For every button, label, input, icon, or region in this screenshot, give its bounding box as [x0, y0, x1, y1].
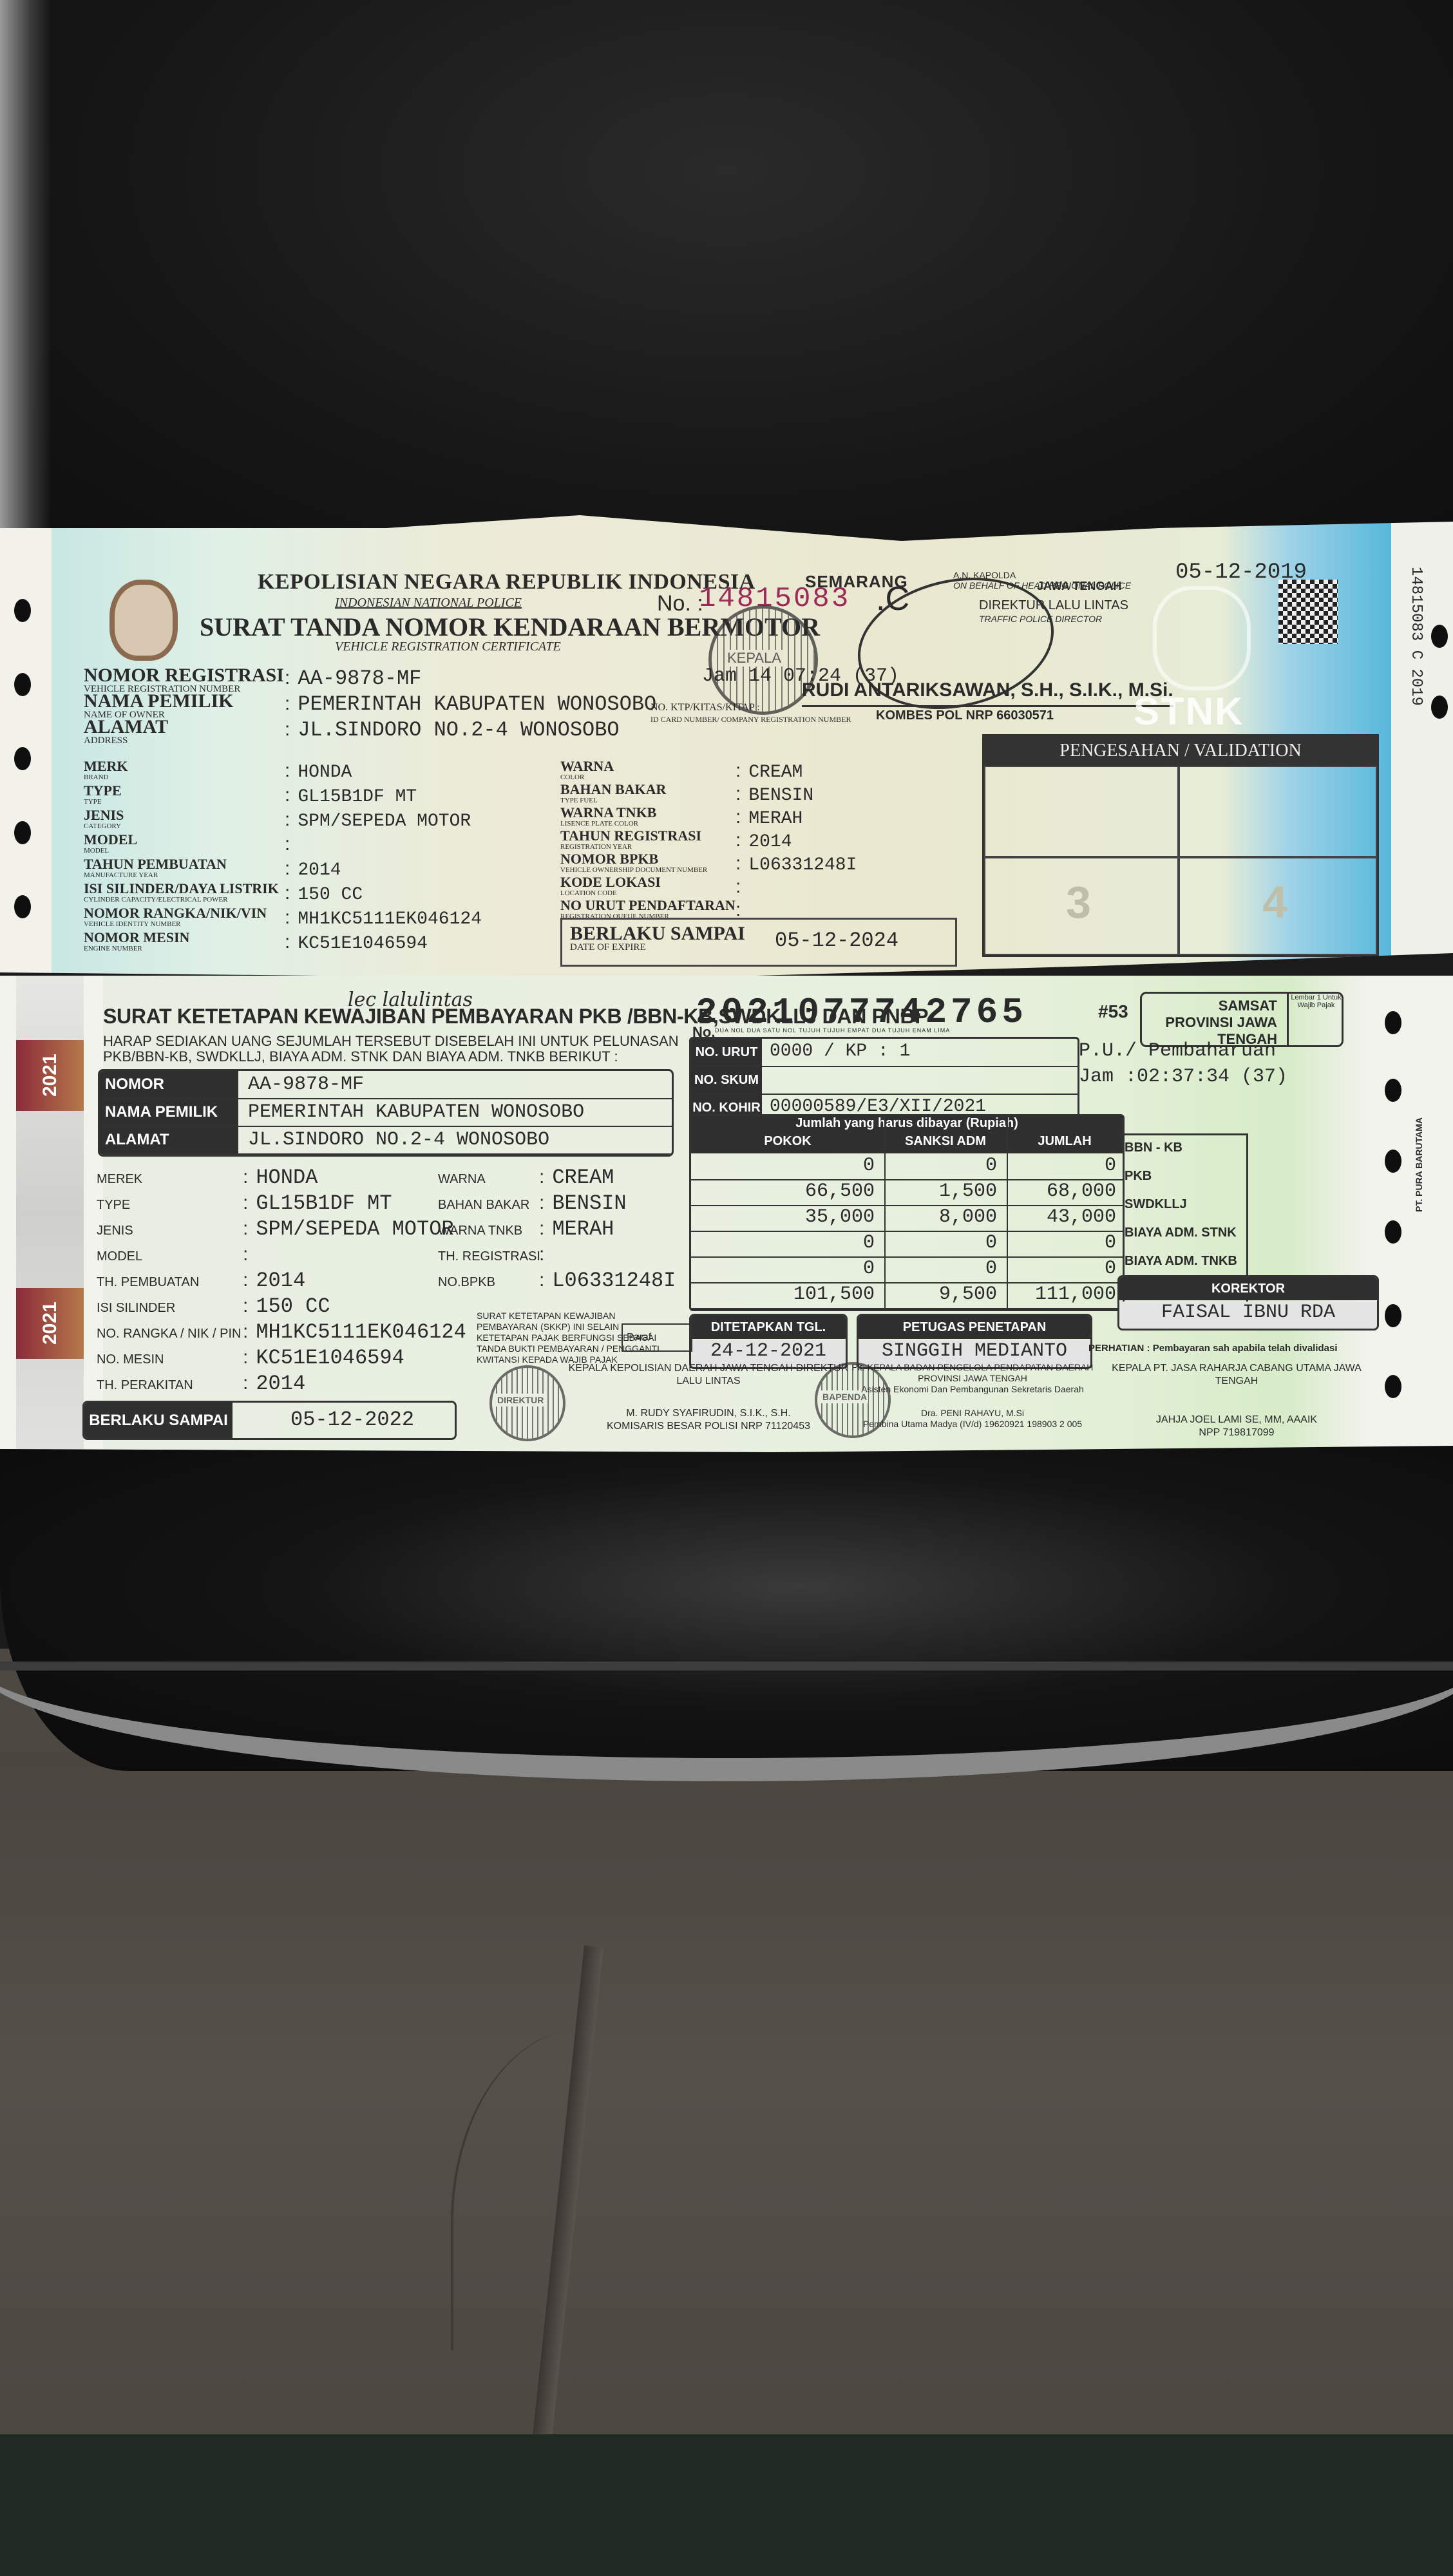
payment-item: BBN - KB: [1125, 1141, 1182, 1155]
watermark-emblem-icon: [1153, 586, 1251, 690]
stnk-vehicle-field: MERKBRAND:HONDA: [84, 760, 352, 782]
stnk-vehicle-field: WARNA TNKBLISENCE PLATE COLOR:MERAH: [560, 806, 802, 829]
perforation-hole: [1385, 1150, 1401, 1173]
copy-label: Lembar 1 Untuk Wajib Pajak: [1287, 994, 1344, 1045]
stnk-agency-en: INDONESIAN NATIONAL POLICE: [335, 596, 522, 611]
stnk-vehicle-field: NOMOR BPKBVEHICLE OWNERSHIP DOCUMENT NUM…: [560, 853, 857, 875]
perforation-hole: [14, 599, 31, 622]
validation-cell-4: 4: [1177, 856, 1377, 955]
validation-title: PENGESAHAN / VALIDATION: [984, 736, 1377, 766]
stnk-field: NOMOR REGISTRASIVEHICLE REGISTRATION NUM…: [84, 667, 421, 694]
payment-row: 000: [691, 1153, 1123, 1180]
perforation-hole: [1385, 1375, 1401, 1398]
number-row: NO. URUT0000 / KP : 1: [691, 1039, 1078, 1067]
stnk-document: KEPOLISIAN NEGARA REPUBLIK INDONESIA IND…: [0, 515, 1453, 979]
stnk-vehicle-field: TYPETYPE:GL15B1DF MT: [84, 784, 417, 807]
chair-frame: [0, 0, 52, 567]
skkp-vehicle-field: WARNA TNKB:MERAH: [438, 1217, 614, 1241]
stamp-text: KEPALA: [725, 650, 784, 667]
column-sanksi: SANKSI ADM: [884, 1134, 1007, 1149]
issue-city: SEMARANG: [805, 572, 908, 592]
payment-item: SWDKLLJ: [1125, 1197, 1187, 1212]
stnk-title-en: VEHICLE REGISTRATION CERTIFICATE: [335, 639, 561, 654]
payment-caption: Jumlah yang harus dibayar (Rupiah): [691, 1116, 1123, 1131]
korektor-box: KOREKTOR FAISAL IBNU RDA: [1117, 1275, 1379, 1331]
payment-row: 35,0008,00043,000: [691, 1205, 1123, 1232]
expiry-label: BERLAKU SAMPAI: [84, 1403, 233, 1438]
expiry-box: BERLAKU SAMPAI 05-12-2022: [82, 1401, 457, 1440]
identity-row: ALAMATJL.SINDORO NO.2-4 WONOSOBO: [100, 1126, 672, 1155]
ditetapkan-label: DITETAPKAN TGL.: [691, 1316, 846, 1339]
transaction-type: P.U./ Pembaharuan: [1079, 1040, 1276, 1062]
signatory-rank: KOMBES POL NRP 66030571: [876, 708, 1054, 723]
police-emblem-icon: [109, 580, 178, 661]
stnk-vehicle-field: TAHUN PEMBUATANMANUFACTURE YEAR:2014: [84, 858, 341, 880]
perforation-hole: [1385, 1304, 1401, 1327]
stnk-number-label: No. :: [657, 591, 703, 616]
year-tag: 2021: [16, 1040, 84, 1111]
samsat-box: SAMSAT PROVINSI JAWA TENGAH Lembar 1 Unt…: [1140, 992, 1344, 1047]
skkp-instruction: HARAP SEDIAKAN UANG SEJUMLAH TERSEBUT DI…: [103, 1034, 683, 1065]
skkp-vehicle-field: MEREK:HONDA: [97, 1166, 318, 1189]
id-card-label: NO. KTP/KITAS/KITAP :ID CARD NUMBER/ COM…: [651, 702, 851, 725]
identity-row: NAMA PEMILIKPEMERINTAH KABUPATEN WONOSOB…: [100, 1099, 672, 1127]
signature-police: KEPALA KEPOLISIAN DAERAH JAWA TENGAH DIR…: [560, 1362, 857, 1433]
signature-jasa-raharja: KEPALA PT. JASA RAHARJA CABANG UTAMA JAW…: [1108, 1362, 1365, 1439]
payment-item: PKB: [1125, 1169, 1152, 1184]
year-tag: 2021: [16, 1288, 84, 1359]
number-row: NO. SKUM: [691, 1066, 1078, 1095]
stnk-vehicle-field: KODE LOKASILOCATION CODE:: [560, 876, 748, 898]
korektor-label: KOREKTOR: [1119, 1277, 1377, 1300]
skkp-vehicle-field: NO. MESIN:KC51E1046594: [97, 1346, 404, 1370]
expiry-date: 05-12-2022: [290, 1408, 414, 1432]
transaction-time: Jam :02:37:34 (37): [1079, 1066, 1287, 1088]
skkp-vehicle-field: TYPE:GL15B1DF MT: [97, 1191, 392, 1215]
petugas-label: PETUGAS PENETAPAN: [859, 1316, 1090, 1339]
payment-row: 000: [691, 1256, 1123, 1283]
perforation-hole: [1431, 696, 1448, 719]
stnk-vehicle-field: MODELMODEL:: [84, 833, 298, 856]
signature-bapenda: Plt. KEPALA BADAN PENGELOLA PENDAPATAN D…: [837, 1362, 1108, 1430]
skkp-vehicle-field: NO.BPKB:L06331248I: [438, 1269, 676, 1293]
skkp-vehicle-field: JENIS:SPM/SEPEDA MOTOR: [97, 1217, 454, 1241]
perforation-hole: [1385, 1079, 1401, 1102]
payment-header: Jumlah yang harus dibayar (Rupiah) POKOK…: [691, 1116, 1123, 1153]
qr-code-icon: [1278, 580, 1338, 644]
skkp-vehicle-field: TH. PERAKITAN:2014: [97, 1372, 305, 1396]
stnk-vehicle-field: BAHAN BAKARTYPE FUEL:BENSIN: [560, 783, 813, 806]
stnk-vehicle-field: WARNACOLOR:CREAM: [560, 760, 802, 782]
number-box: NO. URUT0000 / KP : 1NO. SKUMNO. KOHIR00…: [689, 1037, 1079, 1124]
expiry-date: 05-12-2024: [775, 929, 898, 952]
expiry-box: BERLAKU SAMPAIDATE OF EXPIRE 05-12-2024: [560, 918, 957, 967]
perforation-hole: [1431, 625, 1448, 648]
payment-row: 000: [691, 1231, 1123, 1258]
payment-item: BIAYA ADM. TNKB: [1125, 1254, 1237, 1269]
stnk-field: NAMA PEMILIKNAME OF OWNER:PEMERINTAH KAB…: [84, 692, 656, 719]
skkp-vehicle-field: NO. RANGKA / NIK / PIN:MH1KC5111EK046124: [97, 1320, 466, 1344]
reg-number-words: DUA NOL DUA SATU NOL TUJUH TUJUH EMPAT D…: [715, 1027, 950, 1034]
skkp-vehicle-field: ISI SILINDER:150 CC: [97, 1294, 330, 1318]
perforation-hole: [14, 821, 31, 844]
identity-row: NOMOR REGISTRASIAA-9878-MF: [100, 1071, 672, 1099]
perforation-hole: [14, 673, 31, 696]
skkp-vehicle-field: BAHAN BAKAR:BENSIN: [438, 1191, 627, 1215]
stnk-vehicle-field: ISI SILINDER/DAYA LISTRIKCYLINDER CAPACI…: [84, 882, 363, 905]
side-serial: 14815083 C 2019: [1407, 567, 1425, 706]
validation-cell-1: [984, 766, 1180, 858]
ditetapkan-box: DITETAPKAN TGL. 24-12-2021: [689, 1314, 848, 1369]
police-seal-icon: DIREKTUR: [489, 1365, 565, 1441]
stnk-vehicle-field: TAHUN REGISTRASIREGISTRATION YEAR:2014: [560, 829, 792, 852]
perforation-hole: [1385, 1220, 1401, 1244]
validation-cell-2: [1177, 766, 1377, 858]
identity-box: NOMOR REGISTRASIAA-9878-MFNAMA PEMILIKPE…: [98, 1069, 674, 1157]
payment-table: Jumlah yang harus dibayar (Rupiah) POKOK…: [689, 1114, 1125, 1311]
dark-floor: [0, 2434, 1453, 2576]
skkp-vehicle-field: TH. REGISTRASI:: [438, 1243, 552, 1267]
skkp-vehicle-field: MODEL:: [97, 1243, 256, 1267]
stnk-vehicle-field: NOMOR MESINENGINE NUMBER:KC51E1046594: [84, 931, 428, 954]
signatory-position: DIREKTUR LALU LINTASTRAFFIC POLICE DIREC…: [979, 599, 1128, 625]
column-jumlah: JUMLAH: [1007, 1134, 1123, 1149]
perforation-hole: [1385, 1011, 1401, 1034]
payment-row: 66,5001,50068,000: [691, 1179, 1123, 1206]
payment-row: 101,5009,500111,000: [691, 1282, 1123, 1309]
printer-mark: PT. PURA BARUTAMA: [1414, 1117, 1424, 1212]
paraf-box: Paraf: [622, 1323, 692, 1352]
payment-item: BIAYA ADM. STNK: [1125, 1226, 1237, 1240]
korektor-name: FAISAL IBNU RDA: [1119, 1302, 1377, 1329]
skkp-vehicle-field: TH. PEMBUATAN:2014: [97, 1269, 305, 1293]
perforation-hole: [14, 895, 31, 918]
skkp-document: 2021 2021 lec lalulintas SURAT KETETAPAN…: [0, 976, 1453, 1452]
validation-cell-3: 3: [984, 856, 1180, 955]
attention-note: PERHATIAN : Pembayaran sah apabila telah…: [1088, 1343, 1338, 1354]
stnk-brand-mark: STNK: [1134, 689, 1244, 734]
office-code: #53: [1098, 1001, 1128, 1022]
stnk-field: ALAMATADDRESS:JL.SINDORO NO.2-4 WONOSOBO: [84, 718, 620, 745]
skkp-vehicle-field: WARNA:CREAM: [438, 1166, 614, 1189]
petugas-box: PETUGAS PENETAPAN SINGGIH MEDIANTO: [857, 1314, 1092, 1369]
validation-box: PENGESAHAN / VALIDATION 3 4: [982, 734, 1379, 957]
signatory-name: RUDI ANTARIKSAWAN, S.H., S.I.K., M.Si.: [802, 679, 1173, 707]
stnk-vehicle-field: NOMOR RANGKA/NIK/VINVEHICLE IDENTITY NUM…: [84, 907, 482, 929]
expiry-label: BERLAKU SAMPAIDATE OF EXPIRE: [570, 925, 745, 952]
stnk-vehicle-field: JENISCATEGORY:SPM/SEPEDA MOTOR: [84, 809, 471, 831]
chair-backrest: [0, 0, 1453, 567]
perforation-hole: [14, 747, 31, 770]
column-pokok: POKOK: [691, 1134, 884, 1149]
region: JAWA TENGAH: [1037, 580, 1121, 593]
